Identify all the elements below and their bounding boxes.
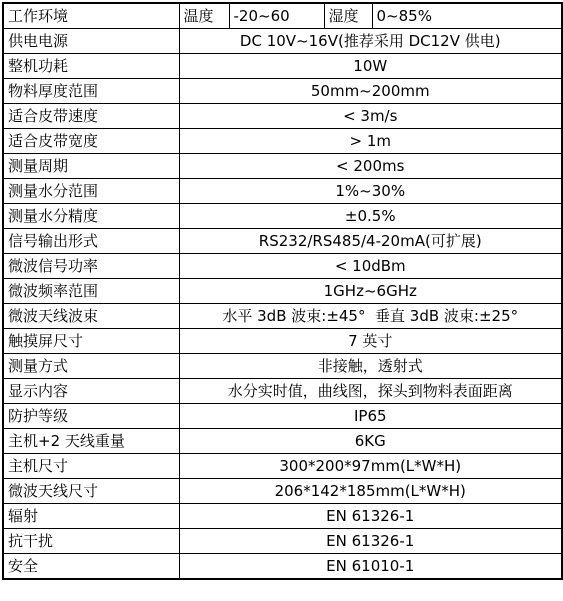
spec-value: 1%~30%	[179, 179, 562, 204]
spec-value: < 3m/s	[179, 104, 562, 129]
table-row-frequency-range: 微波频率范围 1GHz~6GHz	[3, 279, 562, 304]
temperature-sub-value: -20~60	[229, 3, 324, 29]
spec-label: 显示内容	[3, 379, 179, 404]
spec-value: ±0.5%	[179, 204, 562, 229]
spec-table: 工作环境 温度 -20~60 湿度 0~85% 供电电源 DC 10V~16V(…	[2, 2, 563, 580]
spec-value: 水平 3dB 波束:±45° 垂直 3dB 波束:±25°	[179, 304, 562, 329]
spec-label: 整机功耗	[3, 54, 179, 79]
spec-label: 辐射	[3, 504, 179, 529]
spec-value: 300*200*97mm(L*W*H)	[179, 454, 562, 479]
spec-label: 微波天线波束	[3, 304, 179, 329]
temperature-sub-label: 温度	[179, 3, 229, 29]
spec-label: 适合皮带速度	[3, 104, 179, 129]
table-row-weight: 主机+2 天线重量 6KG	[3, 429, 562, 454]
spec-value: EN 61326-1	[179, 529, 562, 554]
table-row-material-thickness: 物料厚度范围 50mm~200mm	[3, 79, 562, 104]
table-row-microwave-power: 微波信号功率 < 10dBm	[3, 254, 562, 279]
table-row-belt-speed: 适合皮带速度 < 3m/s	[3, 104, 562, 129]
spec-label: 微波信号功率	[3, 254, 179, 279]
table-row-protection-rating: 防护等级 IP65	[3, 404, 562, 429]
spec-value: 50mm~200mm	[179, 79, 562, 104]
table-row-host-dimensions: 主机尺寸 300*200*97mm(L*W*H)	[3, 454, 562, 479]
spec-label: 主机+2 天线重量	[3, 429, 179, 454]
table-row-working-environment: 工作环境 温度 -20~60 湿度 0~85%	[3, 3, 562, 29]
spec-label: 安全	[3, 554, 179, 580]
spec-label: 测量水分范围	[3, 179, 179, 204]
table-row-moisture-range: 测量水分范围 1%~30%	[3, 179, 562, 204]
table-row-interference-immunity: 抗干扰 EN 61326-1	[3, 529, 562, 554]
table-row-touchscreen-size: 触摸屏尺寸 7 英寸	[3, 329, 562, 354]
table-row-belt-width: 适合皮带宽度 > 1m	[3, 129, 562, 154]
humidity-sub-label: 湿度	[324, 3, 372, 29]
spec-value: IP65	[179, 404, 562, 429]
spec-label: 微波频率范围	[3, 279, 179, 304]
table-row-display-content: 显示内容 水分实时值，曲线图，探头到物料表面距离	[3, 379, 562, 404]
spec-label: 信号输出形式	[3, 229, 179, 254]
table-row-signal-output: 信号输出形式 RS232/RS485/4-20mA(可扩展)	[3, 229, 562, 254]
table-row-power-consumption: 整机功耗 10W	[3, 54, 562, 79]
spec-label: 工作环境	[3, 3, 179, 29]
table-row-measurement-cycle: 测量周期 < 200ms	[3, 154, 562, 179]
table-row-power-supply: 供电电源 DC 10V~16V(推荐采用 DC12V 供电)	[3, 29, 562, 54]
spec-label: 抗干扰	[3, 529, 179, 554]
spec-label: 物料厚度范围	[3, 79, 179, 104]
spec-value: EN 61010-1	[179, 554, 562, 580]
spec-value: EN 61326-1	[179, 504, 562, 529]
table-row-measurement-method: 测量方式 非接触，透射式	[3, 354, 562, 379]
spec-value: 水分实时值，曲线图，探头到物料表面距离	[179, 379, 562, 404]
spec-label: 防护等级	[3, 404, 179, 429]
humidity-sub-value: 0~85%	[372, 3, 562, 29]
spec-value: < 200ms	[179, 154, 562, 179]
table-row-moisture-accuracy: 测量水分精度 ±0.5%	[3, 204, 562, 229]
spec-label: 供电电源	[3, 29, 179, 54]
table-row-safety: 安全 EN 61010-1	[3, 554, 562, 580]
spec-value: 206*142*185mm(L*W*H)	[179, 479, 562, 504]
spec-value: RS232/RS485/4-20mA(可扩展)	[179, 229, 562, 254]
spec-label: 测量方式	[3, 354, 179, 379]
spec-label: 触摸屏尺寸	[3, 329, 179, 354]
spec-value: < 10dBm	[179, 254, 562, 279]
table-row-antenna-dimensions: 微波天线尺寸 206*142*185mm(L*W*H)	[3, 479, 562, 504]
spec-value: 7 英寸	[179, 329, 562, 354]
spec-label: 测量周期	[3, 154, 179, 179]
spec-value: 10W	[179, 54, 562, 79]
spec-value: 1GHz~6GHz	[179, 279, 562, 304]
spec-value: 非接触，透射式	[179, 354, 562, 379]
table-row-antenna-beam: 微波天线波束 水平 3dB 波束:±45° 垂直 3dB 波束:±25°	[3, 304, 562, 329]
spec-label: 适合皮带宽度	[3, 129, 179, 154]
spec-value: DC 10V~16V(推荐采用 DC12V 供电)	[179, 29, 562, 54]
spec-label: 测量水分精度	[3, 204, 179, 229]
spec-label: 微波天线尺寸	[3, 479, 179, 504]
spec-label: 主机尺寸	[3, 454, 179, 479]
table-row-radiation: 辐射 EN 61326-1	[3, 504, 562, 529]
spec-value: 6KG	[179, 429, 562, 454]
spec-value: > 1m	[179, 129, 562, 154]
